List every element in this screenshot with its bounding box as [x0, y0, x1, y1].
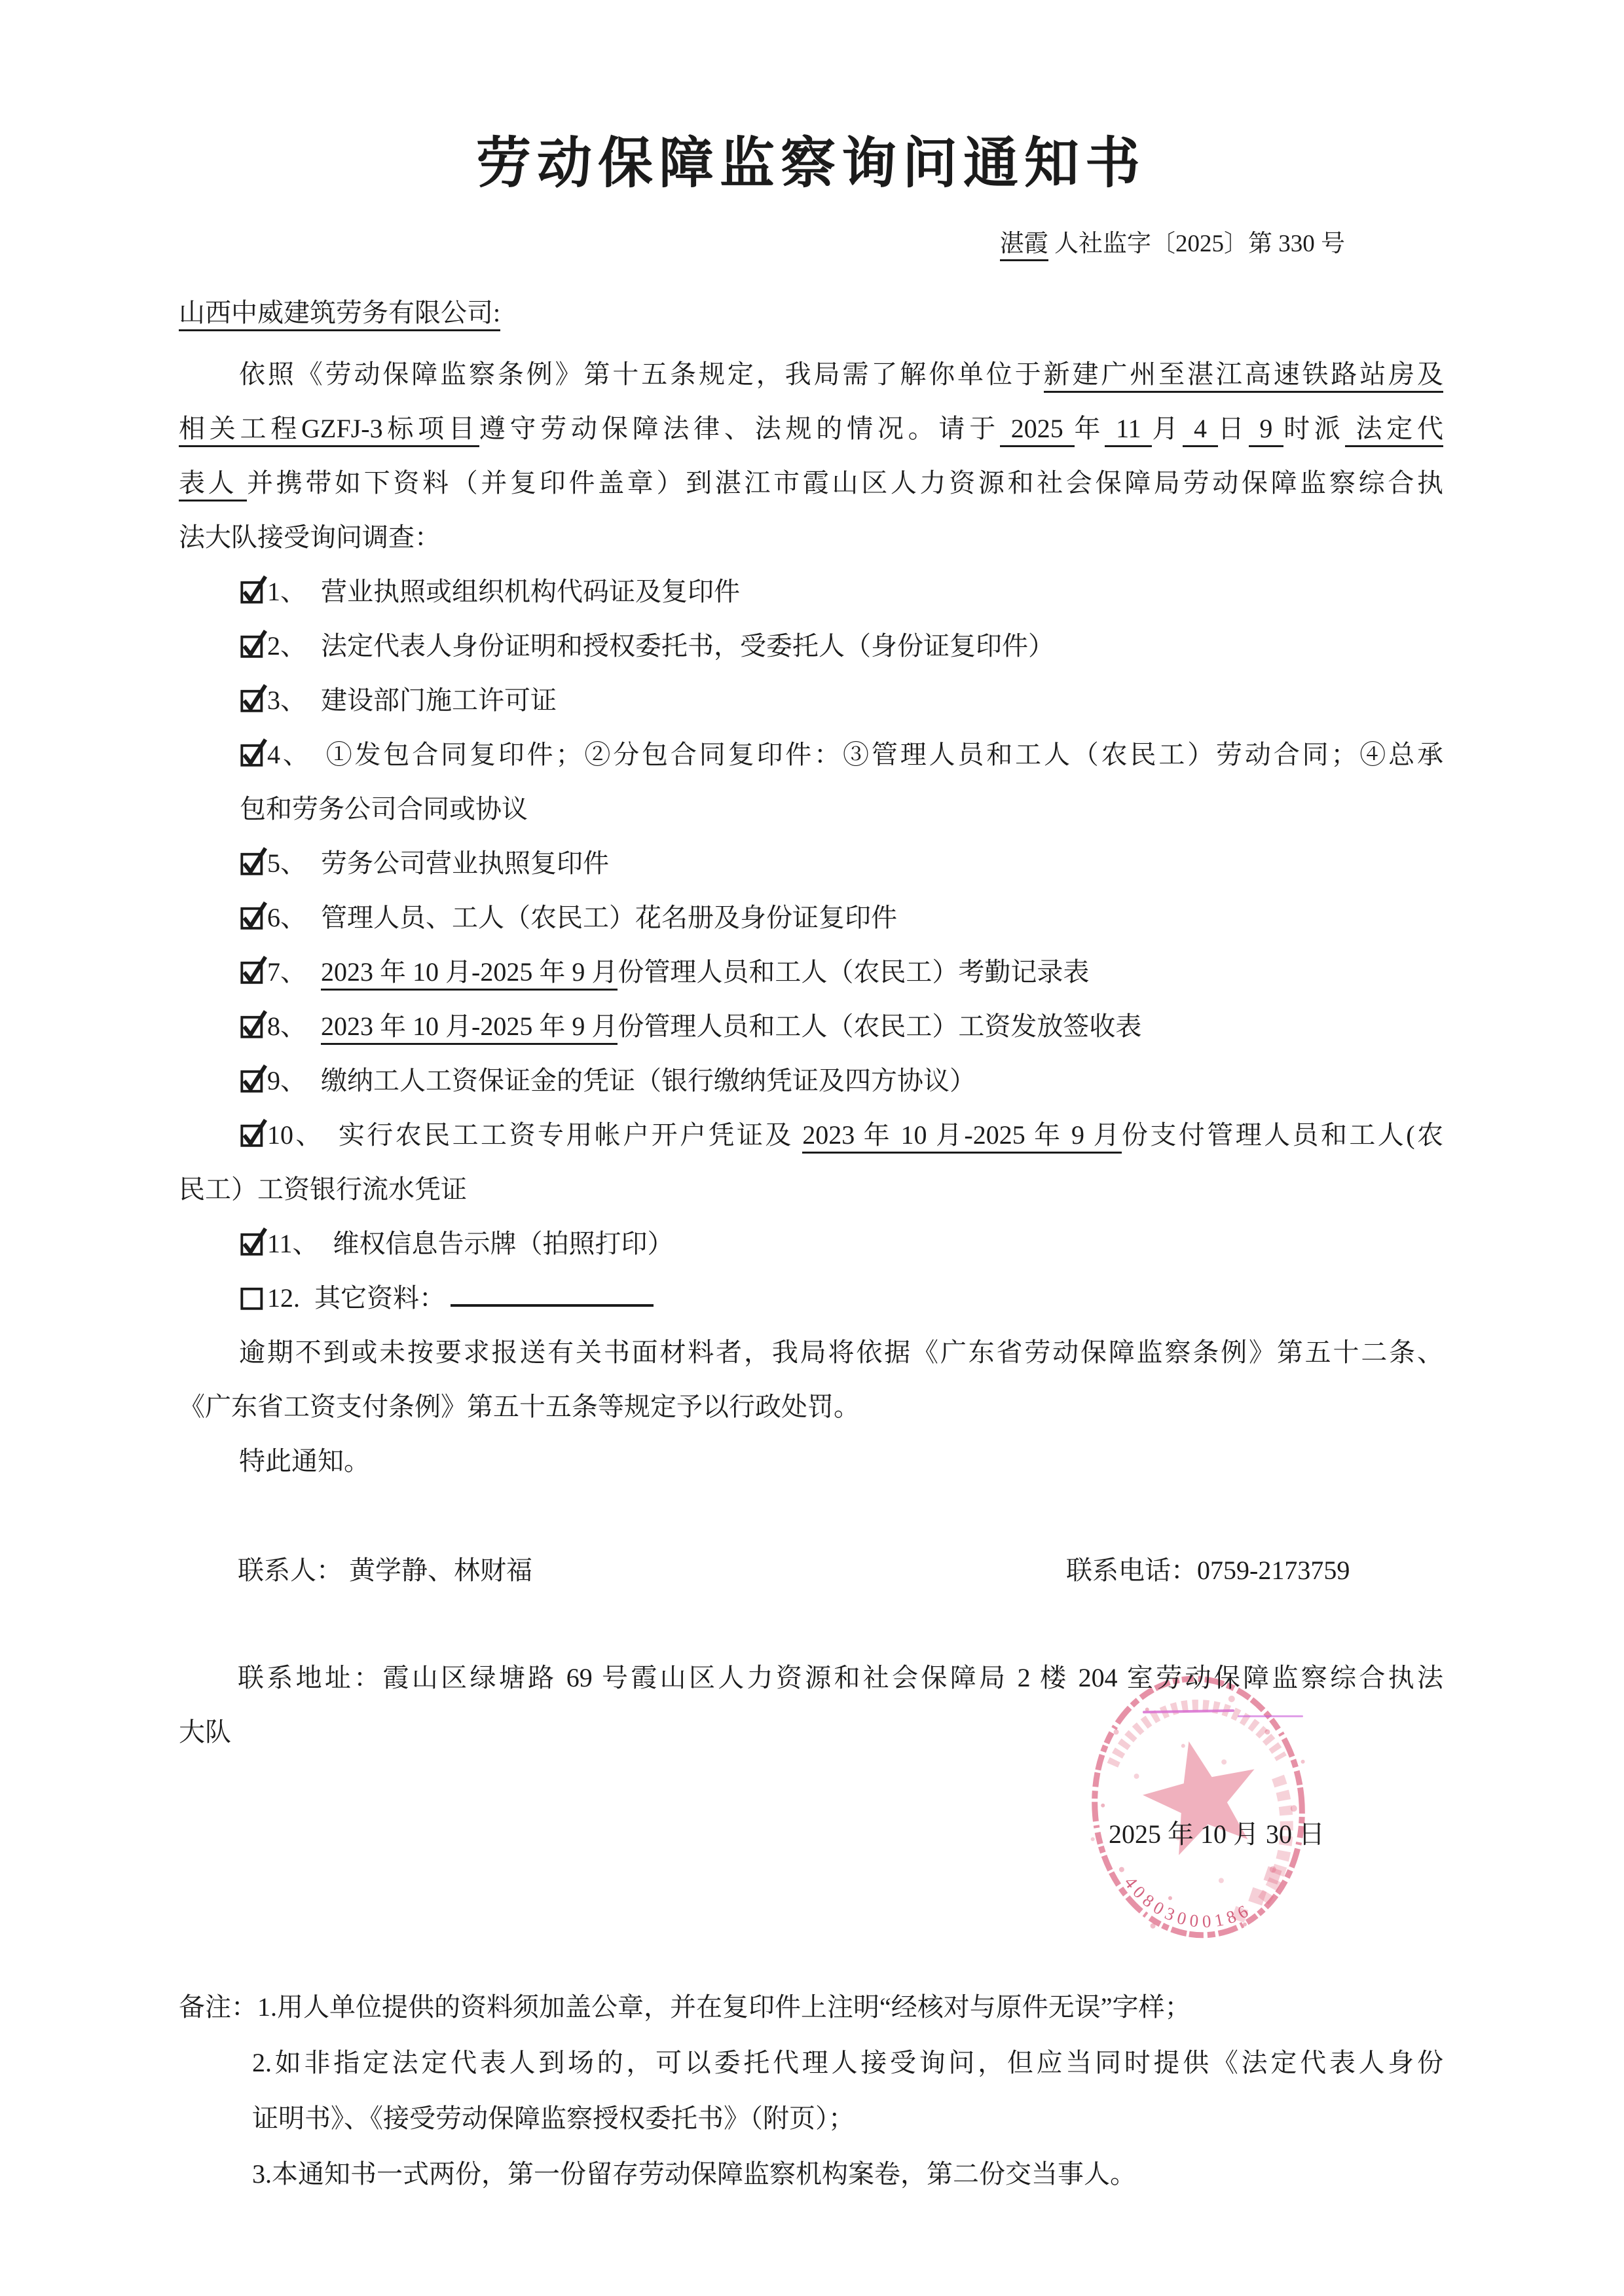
checklist-item: 4、①发包合同复印件；②分包合同复印件：③管理人员和工人（农民工）劳动合同；④总…: [179, 727, 1443, 782]
doc-number-line: 湛霞 人社监字〔2025〕第 330 号: [179, 228, 1443, 261]
text-segment: 联系地址：霞山区绿塘路 69 号霞山区人力资源和社会保障局 2 楼 204 室劳…: [238, 1663, 1443, 1692]
text-segment: 民工）工资银行流水凭证: [179, 1175, 467, 1204]
text-segment: 份管理人员和工人（农民工）考勤记录表: [618, 957, 1089, 987]
doc-number-prefix: 湛霞: [1000, 230, 1048, 261]
item-number: 7、: [267, 957, 321, 987]
item-number: 10、: [267, 1120, 339, 1150]
checklist-item: 12.其它资料：: [179, 1271, 1443, 1325]
text-segment: 日: [1218, 414, 1249, 443]
text-segment: 法定代: [1345, 414, 1443, 447]
checklist-item: 6、管理人员、工人（农民工）花名册及身份证复印件: [179, 890, 1443, 945]
notice-line: 特此通知。: [179, 1434, 1443, 1488]
item-number: 4、: [267, 740, 326, 769]
text-segment: 包和劳务公司合同或协议: [240, 794, 528, 824]
text-segment: 维权信息告示牌（拍照打印）: [333, 1229, 674, 1258]
text-segment: 份管理人员和工人（农民工）工资发放签收表: [618, 1011, 1141, 1041]
text-segment: 建设部门施工许可证: [321, 685, 557, 715]
page-title: 劳动保障监察询问通知书: [179, 130, 1443, 199]
recipient-name: 山西中威建筑劳务有限公司:: [179, 298, 500, 331]
text-segment: 月: [1152, 414, 1183, 443]
text-segment: 年: [1075, 414, 1105, 443]
checkbox-checked-icon: [240, 1066, 266, 1093]
text-line: 2.如非指定法定代表人到场的，可以委托代理人接受询问，但应当同时提供《法定代表人…: [179, 2035, 1443, 2090]
checkbox-checked-icon: [240, 577, 266, 604]
checklist-item: 7、2023 年 10 月-2025 年 9 月份管理人员和工人（农民工）考勤记…: [179, 945, 1443, 999]
text-line: 3.本通知书一式两份，第一份留存劳动保障监察机构案卷，第二份交当事人。: [179, 2146, 1443, 2202]
text-segment: 管理人员、工人（农民工）花名册及身份证复印件: [321, 903, 897, 932]
text-line: 证明书》、《接受劳动保障监察授权委托书》（附页）；: [179, 2090, 1443, 2146]
text-segment: 4: [1183, 414, 1218, 447]
item-number: 8、: [267, 1011, 321, 1041]
checkbox-checked-icon: [240, 849, 266, 875]
item-number: 2、: [267, 631, 321, 661]
text-line: 表人 并携带如下资料（并复印件盖章）到湛江市霞山区人力资源和社会保障局劳动保障监…: [179, 456, 1443, 510]
checklist-item: 11、维权信息告示牌（拍照打印）: [179, 1216, 1443, 1271]
checkbox-checked-icon: [240, 686, 266, 712]
text-segment: 2023 年 10 月-2025 年 9 月: [321, 1011, 618, 1045]
text-line: 大队: [179, 1705, 1443, 1759]
contact-phone: 联系电话：0759-2173759: [1066, 1543, 1350, 1597]
text-segment: 备注：1.用人单位提供的资料须加盖公章，并在复印件上注明“经核对与原件无误”字样…: [179, 1992, 1191, 2022]
intro-paragraph: 依照《劳动保障监察条例》第十五条规定，我局需了解你单位于新建广州至湛江高速铁路站…: [179, 347, 1443, 564]
text-segment: 表人: [179, 468, 247, 501]
checkbox-checked-icon: [240, 740, 266, 767]
item-number: 11、: [267, 1229, 333, 1258]
item-number: 6、: [267, 903, 321, 932]
text-line: 《广东省工资支付条例》第五十五条等规定予以行政处罚。: [179, 1379, 1443, 1434]
notes: 备注：1.用人单位提供的资料须加盖公章，并在复印件上注明“经核对与原件无误”字样…: [179, 1979, 1443, 2202]
fill-in-blank: [451, 1277, 654, 1307]
contact-line: 联系人： 黄学静、林财福联系电话：0759-2173759: [179, 1543, 1443, 1597]
text-segment: 3.本通知书一式两份，第一份留存劳动保障监察机构案卷，第二份交当事人。: [252, 2159, 1136, 2189]
address-paragraph: 联系地址：霞山区绿塘路 69 号霞山区人力资源和社会保障局 2 楼 204 室劳…: [179, 1650, 1443, 1759]
text-segment: 9: [1249, 414, 1284, 447]
text-line: 联系地址：霞山区绿塘路 69 号霞山区人力资源和社会保障局 2 楼 204 室劳…: [179, 1650, 1443, 1705]
text-segment: ①发包合同复印件；②分包合同复印件：③管理人员和工人（农民工）劳动合同；④总承: [326, 740, 1443, 769]
text-segment: 法大队接受询问调查：: [179, 522, 441, 552]
text-segment: 依照《劳动保障监察条例》第十五条规定，我局需了解你单位于: [239, 359, 1044, 389]
recipient-line: 山西中威建筑劳务有限公司:: [179, 295, 1443, 331]
text-segment: 营业执照或组织机构代码证及复印件: [321, 577, 740, 606]
text-segment: 逾期不到或未按要求报送有关书面材料者，我局将依据《广东省劳动保障监察条例》第五十…: [239, 1338, 1443, 1367]
text-segment: 大队: [179, 1717, 231, 1747]
document-page: 40803000186 劳动保障监察询问通知书 湛霞 人社监字〔2025〕第 3…: [0, 0, 1624, 2296]
text-segment: 劳务公司营业执照复印件: [321, 848, 609, 878]
checklist-item: 9、缴纳工人工资保证金的凭证（银行缴纳凭证及四方协议）: [179, 1053, 1443, 1108]
item-number: 9、: [267, 1066, 321, 1095]
text-segment: 实行农民工工资专用帐户开户凭证及: [339, 1120, 802, 1150]
text-line: 法大队接受询问调查：: [179, 510, 1443, 564]
text-segment: 新建广州至湛江高速铁路站房及: [1044, 359, 1443, 393]
text-line: 备注：1.用人单位提供的资料须加盖公章，并在复印件上注明“经核对与原件无误”字样…: [179, 1979, 1443, 2035]
text-segment: 2023 年 10 月-2025 年 9 月: [321, 957, 618, 991]
item-number: 1、: [267, 577, 321, 606]
checkbox-checked-icon: [240, 1012, 266, 1038]
text-segment: 份支付管理人员和工人(农: [1122, 1120, 1443, 1150]
checkbox-checked-icon: [240, 958, 266, 984]
text-line: 逾期不到或未按要求报送有关书面材料者，我局将依据《广东省劳动保障监察条例》第五十…: [179, 1325, 1443, 1379]
text-segment: 11: [1105, 414, 1152, 447]
text-segment: 并携带如下资料（并复印件盖章）到湛江市霞山区人力资源和社会保障局劳动保障监察综合…: [247, 468, 1443, 498]
checklist-item: 2、法定代表人身份证明和授权委托书，受委托人（身份证复印件）: [179, 619, 1443, 673]
checklist-item: 1、营业执照或组织机构代码证及复印件: [179, 564, 1443, 619]
checklist-item: 10、实行农民工工资专用帐户开户凭证及 2023 年 10 月-2025 年 9…: [179, 1108, 1443, 1162]
checkbox-checked-icon: [240, 1230, 266, 1256]
text-line: 民工）工资银行流水凭证: [179, 1162, 1443, 1216]
checkbox-checked-icon: [240, 1121, 266, 1147]
checklist-item: 8、2023 年 10 月-2025 年 9 月份管理人员和工人（农民工）工资发…: [179, 999, 1443, 1053]
item-number: 3、: [267, 685, 321, 715]
checklist-item: 3、建设部门施工许可证: [179, 673, 1443, 727]
text-segment: 2025: [1000, 414, 1075, 447]
text-line: 依照《劳动保障监察条例》第十五条规定，我局需了解你单位于新建广州至湛江高速铁路站…: [179, 347, 1443, 401]
text-line: 包和劳务公司合同或协议: [179, 782, 1443, 836]
checklist: 1、营业执照或组织机构代码证及复印件2、法定代表人身份证明和授权委托书，受委托人…: [179, 564, 1443, 1325]
text-segment: 相关工程GZFJ-3标项目: [179, 414, 479, 447]
text-segment: 证明书》、《接受劳动保障监察授权委托书》（附页）；: [252, 2104, 855, 2133]
text-segment: 2.如非指定法定代表人到场的，可以委托代理人接受询问，但应当同时提供《法定代表人…: [252, 2048, 1443, 2077]
contact-person: 联系人： 黄学静、林财福: [238, 1556, 532, 1585]
item-number: 12.: [267, 1283, 314, 1313]
text-segment: 2023 年 10 月-2025 年 9 月: [802, 1120, 1122, 1154]
text-line: 相关工程GZFJ-3标项目遵守劳动保障法律、法规的情况。请于 2025 年 11…: [179, 401, 1443, 456]
checkbox-checked-icon: [240, 632, 266, 658]
text-segment: 缴纳工人工资保证金的凭证（银行缴纳凭证及四方协议）: [321, 1066, 976, 1095]
document-content: 劳动保障监察询问通知书 湛霞 人社监字〔2025〕第 330 号 山西中威建筑劳…: [179, 0, 1443, 2202]
text-segment: 法定代表人身份证明和授权委托书，受委托人（身份证复印件）: [321, 631, 1054, 661]
text-segment: 其它资料：: [314, 1283, 445, 1313]
date-line: 2025 年 10 月 30 日: [179, 1807, 1443, 1861]
doc-number-rest: 人社监字〔2025〕第 330 号: [1048, 230, 1345, 257]
scan-artifact-line: [1238, 1715, 1303, 1717]
checklist-item: 5、劳务公司营业执照复印件: [179, 836, 1443, 890]
text-segment: 遵守劳动保障法律、法规的情况。请于: [479, 414, 1000, 443]
text-segment: 时派: [1283, 414, 1345, 443]
checkbox-empty-icon: [240, 1284, 266, 1310]
text-segment: 《广东省工资支付条例》第五十五条等规定予以行政处罚。: [179, 1392, 860, 1421]
penalty-paragraph: 逾期不到或未按要求报送有关书面材料者，我局将依据《广东省劳动保障监察条例》第五十…: [179, 1325, 1443, 1434]
item-number: 5、: [267, 848, 321, 878]
checkbox-checked-icon: [240, 903, 266, 930]
